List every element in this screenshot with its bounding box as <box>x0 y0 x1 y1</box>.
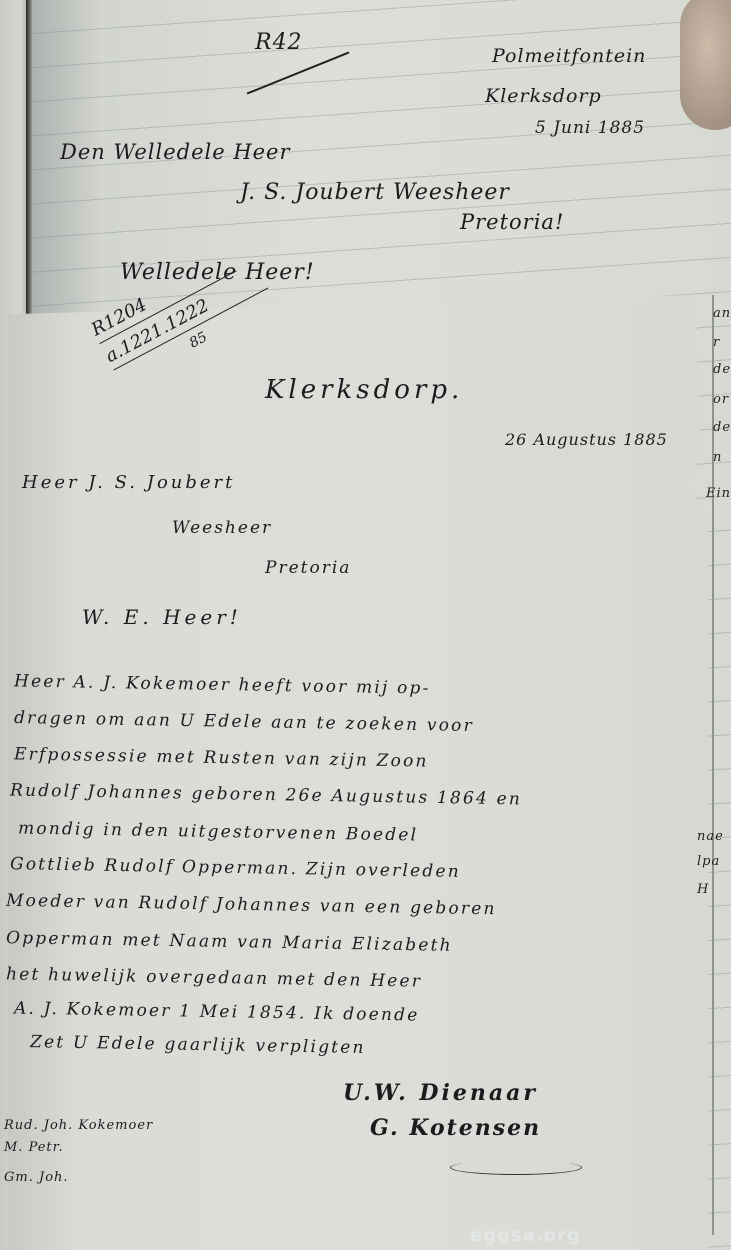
signature-line2: G. Kotensen <box>370 1115 541 1141</box>
right-margin-fragment: lpa <box>697 854 720 869</box>
ledger-addressee-line3: Pretoria! <box>460 210 564 234</box>
right-margin-fragment: nae <box>697 829 724 844</box>
ledger-place-line2: Klerksdorp <box>485 85 602 107</box>
ledger-addressee-line1: Den Welledele Heer <box>60 140 291 164</box>
signature-line1: U.W. Dienaar <box>343 1080 538 1106</box>
signature-flourish <box>450 1160 582 1175</box>
margin-note: Rud. Joh. Kokemoer <box>4 1118 153 1133</box>
letter-addressee-line1: Heer J. S. Joubert <box>22 472 235 493</box>
right-margin-fragment: an <box>713 306 731 321</box>
right-margin-fragment: de <box>713 362 731 377</box>
ledger-addressee-line2: J. S. Joubert Weesheer <box>240 180 510 205</box>
thumb-holding-page <box>680 0 731 130</box>
margin-note: M. Petr. <box>4 1140 64 1155</box>
ledger-place-line1: Polmeitfontein <box>492 45 646 67</box>
margin-note: Gm. Joh. <box>4 1170 69 1185</box>
right-margin-fragment: r <box>713 335 720 350</box>
letter-date: 26 Augustus 1885 <box>505 430 668 449</box>
ledger-date: 5 Juni 1885 <box>535 118 645 138</box>
pasted-letter-edge <box>712 295 714 1235</box>
letter-addressee-line2: Weesheer <box>172 518 272 538</box>
letter-place: Klerksdorp. <box>265 375 463 405</box>
right-margin-fragment: n <box>713 450 722 465</box>
right-margin-fragment: H <box>697 882 709 897</box>
letter-salutation: W. E. Heer! <box>82 605 242 629</box>
right-margin-fragment: or <box>713 392 729 407</box>
letter-addressee-line3: Pretoria <box>265 558 351 578</box>
watermark: eggsa.org <box>470 1225 581 1246</box>
right-margin-fragment: Ein <box>706 486 731 501</box>
ledger-reference: R42 <box>255 30 303 55</box>
right-margin-fragment: de <box>713 420 731 435</box>
